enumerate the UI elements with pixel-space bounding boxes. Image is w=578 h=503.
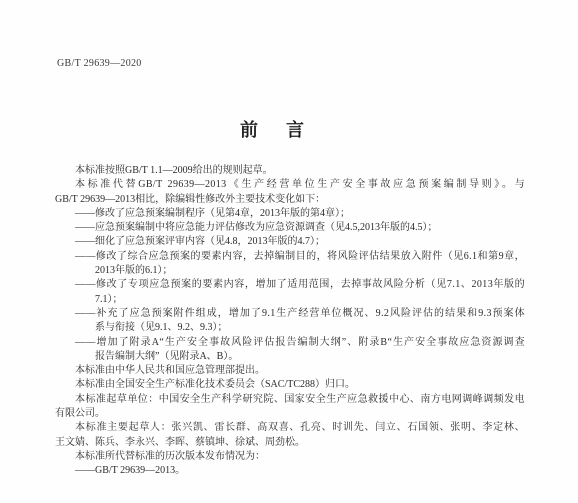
text-line: 2013年版的6.1）； <box>55 264 525 278</box>
foreword-title: 前 言 <box>0 116 561 142</box>
text-line: 王文婧、陈兵、李永兴、李晖、蔡镇坤、徐斌、周劲松。 <box>55 436 525 450</box>
text-line: 本标准所代替标准的历次版本发布情况为： <box>55 450 525 464</box>
text-line: ——补充了应急预案附件组成，增加了9.1生产经营单位概况、9.2风险评估的结果和… <box>55 307 525 321</box>
foreword-title-char-1: 前 <box>240 116 258 142</box>
standard-document-page: GB/T 29639—2020 前 言 本标准按照GB/T 1.1—2009给出… <box>0 0 578 503</box>
text-line: ——应急预案编制中将应急能力评估修改为应急资源调查（见4.5,2013年版的4.… <box>55 221 525 235</box>
text-line: 本标准主要起草人：张兴凯、雷长群、高双喜、孔亮、时训先、闫立、石国领、张明、李定… <box>55 421 525 435</box>
text-line: 报告编制大纲”（见附录A、B）。 <box>55 350 525 364</box>
text-line: 本标准由中华人民共和国应急管理部提出。 <box>55 364 525 378</box>
text-line: 本标准按照GB/T 1.1—2009给出的规则起草。 <box>55 164 525 178</box>
text-line: ——细化了应急预案评审内容（见4.8，2013年版的4.7）； <box>55 235 525 249</box>
text-line: 有限公司。 <box>55 407 525 421</box>
foreword-body: 本标准按照GB/T 1.1—2009给出的规则起草。本标准代替GB/T 2963… <box>55 164 525 479</box>
standard-number-header: GB/T 29639—2020 <box>57 58 142 69</box>
text-line: 系与衔接（见9.1、9.2、9.3）； <box>55 321 525 335</box>
text-line: 7.1）； <box>55 293 525 307</box>
text-line: ——修改了专项应急预案的要素内容，增加了适用范围，去掉事故风险分析（见7.1、2… <box>55 278 525 292</box>
text-line: ——修改了应急预案编制程序（见第4章，2013年版的第4章）； <box>55 207 525 221</box>
text-line: ——增加了附录A“生产安全事故风险评估报告编制大纲”、附录B“生产安全事故应急资… <box>55 336 525 350</box>
text-line: ——GB/T 29639—2013。 <box>55 464 525 478</box>
text-line: 本标准代替GB/T 29639—2013《生产经营单位生产安全事故应急预案编制导… <box>55 178 525 192</box>
text-line: GB/T 29639—2013相比，除编辑性修改外主要技术变化如下： <box>55 193 525 207</box>
text-line: 本标准由全国安全生产标准化技术委员会（SAC/TC288）归口。 <box>55 378 525 392</box>
text-line: ——修改了综合应急预案的要素内容，去掉编制目的，将风险评估结果放入附件（见6.1… <box>55 250 525 264</box>
text-line: 本标准起草单位：中国安全生产科学研究院、国家安全生产应急救援中心、南方电网调峰调… <box>55 393 525 407</box>
foreword-title-char-2: 言 <box>286 116 304 142</box>
